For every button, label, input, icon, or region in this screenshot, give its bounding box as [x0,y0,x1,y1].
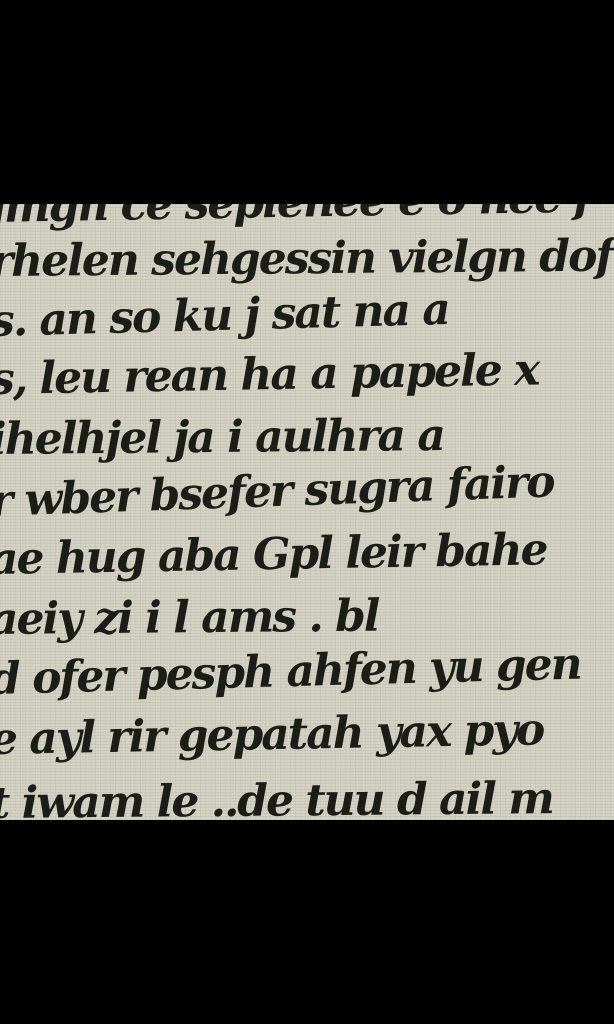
handwriting-line: s. an so ku j sat na a [0,284,449,347]
handwriting-line: s, leu rean ha a papele x [0,344,539,405]
handwriting-line: e ayl rir gepatah yax pyo [0,704,544,765]
top-letterbox-bar [0,0,614,204]
handwriting-line: r wber bsefer sugra fairo [0,456,554,527]
handwriting-fabric-image: jmgn ce sepienee e o nee f rhelen sehges… [0,204,614,820]
handwriting-line: rhelen sehgessin vielgn dof ho [0,230,614,287]
handwriting-line: jmgn ce sepienee e o nee f [0,204,591,233]
handwriting-line: t iwam le ..de tuu d ail m [0,773,553,820]
handwriting-line: ae hug aba Gpl leir bahe [0,524,547,585]
handwriting-line: aeiy zi i l ams . bl [0,591,379,645]
handwriting-line: d ofer pesph ahfen yu gen [0,639,581,705]
bottom-letterbox-bar [0,820,614,1024]
handwriting-line: ihelhjel ja i aulhra a [0,410,444,465]
